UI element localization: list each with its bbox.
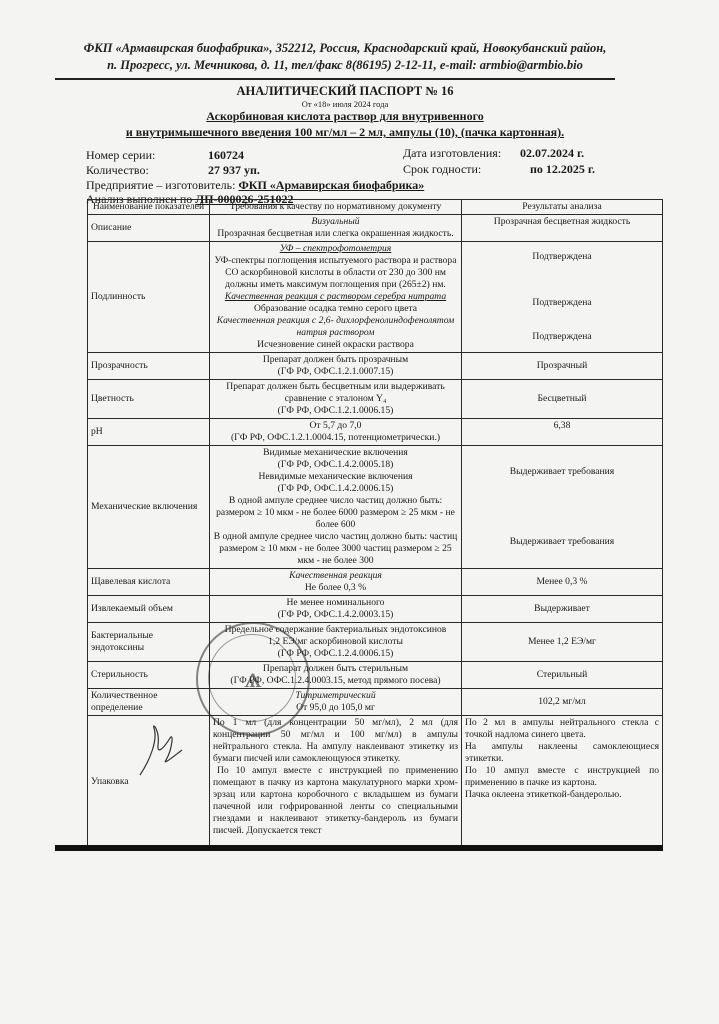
row-result: Выдерживает bbox=[462, 596, 663, 623]
table-row-identity: Подлинность УФ – спектрофотометрия УФ-сп… bbox=[88, 242, 663, 353]
row-name: pH bbox=[88, 419, 210, 446]
product-name: Аскорбиновая кислота раствор для внутрив… bbox=[80, 108, 610, 140]
row-requirement: От 5,7 до 7,0 (ГФ РФ, ОФС.1.2.1.0004.15,… bbox=[210, 419, 462, 446]
table-row-color: Цветность Препарат должен быть бесцветны… bbox=[88, 380, 663, 419]
quantity-label: Количество: bbox=[86, 163, 149, 178]
table-row-mechanical: Механические включения Видимые механичес… bbox=[88, 446, 663, 569]
row-name: Прозрачность bbox=[88, 353, 210, 380]
row-requirement: Видимые механические включения (ГФ РФ, О… bbox=[210, 446, 462, 569]
row-name: Цветность bbox=[88, 380, 210, 419]
header-results: Результаты анализа bbox=[462, 200, 663, 215]
row-name: Стерильность bbox=[88, 662, 210, 689]
table-row-extractable-volume: Извлекаемый объем Не менее номинального … bbox=[88, 596, 663, 623]
series-label: Номер серии: bbox=[86, 148, 155, 163]
row-requirement: Предельное содержание бактериальных эндо… bbox=[210, 623, 462, 662]
row-result: 6,38 bbox=[462, 419, 663, 446]
row-result: Менее 1,2 ЕЭ/мг bbox=[462, 623, 663, 662]
table-row-description: Описание Визуальный Прозрачная бесцветна… bbox=[88, 215, 663, 242]
row-name: Описание bbox=[88, 215, 210, 242]
analysis-table: Наименование показателей Требования к ка… bbox=[87, 199, 663, 849]
table-row-endotoxins: Бактериальные эндотоксины Предельное сод… bbox=[88, 623, 663, 662]
row-name: Упаковка bbox=[88, 716, 210, 849]
table-row-oxalic-acid: Щавелевая кислота Качественная реакция Н… bbox=[88, 569, 663, 596]
row-requirement: По 1 мл (для концентрации 50 мг/мл), 2 м… bbox=[210, 716, 462, 849]
row-result: Менее 0,3 % bbox=[462, 569, 663, 596]
table-row-assay: Количественное определение Титриметричес… bbox=[88, 689, 663, 716]
organization-header: ФКП «Армавирская биофабрика», 352212, Ро… bbox=[80, 40, 610, 74]
page-bottom-bar bbox=[55, 845, 663, 851]
table-row-transparency: Прозрачность Препарат должен быть прозра… bbox=[88, 353, 663, 380]
manufacturer-line: Предприятие – изготовитель: ФКП «Армавир… bbox=[86, 178, 424, 193]
header-divider bbox=[55, 78, 615, 80]
row-result: По 2 мл в ампулы нейтрального стекла с т… bbox=[462, 716, 663, 849]
mfg-date-value: 02.07.2024 г. bbox=[520, 146, 584, 161]
document-title: АНАЛИТИЧЕСКИЙ ПАСПОРТ № 16 bbox=[80, 84, 610, 99]
table-header-row: Наименование показателей Требования к ка… bbox=[88, 200, 663, 215]
org-line-2: п. Прогресс, ул. Мечникова, д. 11, тел/ф… bbox=[80, 57, 610, 74]
product-line-1: Аскорбиновая кислота раствор для внутрив… bbox=[80, 108, 610, 124]
header-requirements: Требования к качеству по нормативному до… bbox=[210, 200, 462, 215]
org-line-1: ФКП «Армавирская биофабрика», 352212, Ро… bbox=[80, 40, 610, 57]
row-name: Количественное определение bbox=[88, 689, 210, 716]
row-requirement: Не менее номинального (ГФ РФ, ОФС.1.4.2.… bbox=[210, 596, 462, 623]
header-indicator: Наименование показателей bbox=[88, 200, 210, 215]
analytical-passport-page: ФКП «Армавирская биофабрика», 352212, Ро… bbox=[0, 0, 719, 1024]
row-requirement: Качественная реакция Не более 0,3 % bbox=[210, 569, 462, 596]
manufacturer-label: Предприятие – изготовитель: bbox=[86, 178, 235, 192]
row-requirement: Титриметрический От 95,0 до 105,0 мг bbox=[210, 689, 462, 716]
table-row-packaging: Упаковка По 1 мл (для концентрации 50 мг… bbox=[88, 716, 663, 849]
row-name: Механические включения bbox=[88, 446, 210, 569]
row-requirement: Препарат должен быть бесцветным или выде… bbox=[210, 380, 462, 419]
row-result: 102,2 мг/мл bbox=[462, 689, 663, 716]
row-requirement: Препарат должен быть прозрачным (ГФ РФ, … bbox=[210, 353, 462, 380]
manufacturer-value: ФКП «Армавирская биофабрика» bbox=[238, 178, 424, 192]
row-result: Бесцветный bbox=[462, 380, 663, 419]
row-result: Прозрачный bbox=[462, 353, 663, 380]
row-name: Подлинность bbox=[88, 242, 210, 353]
expiry-label: Срок годности: bbox=[403, 162, 481, 177]
row-result: Стерильный bbox=[462, 662, 663, 689]
expiry-value: по 12.2025 г. bbox=[530, 162, 595, 177]
row-requirement: Визуальный Прозрачная бесцветная или сле… bbox=[210, 215, 462, 242]
row-requirement: УФ – спектрофотометрия УФ-спектры поглощ… bbox=[210, 242, 462, 353]
row-name: Извлекаемый объем bbox=[88, 596, 210, 623]
row-requirement: Препарат должен быть стерильным (ГФ РФ, … bbox=[210, 662, 462, 689]
row-result: Прозрачная бесцветная жидкость bbox=[462, 215, 663, 242]
product-line-2: и внутримышечного введения 100 мг/мл – 2… bbox=[80, 124, 610, 140]
table-row-ph: pH От 5,7 до 7,0 (ГФ РФ, ОФС.1.2.1.0004.… bbox=[88, 419, 663, 446]
row-name: Бактериальные эндотоксины bbox=[88, 623, 210, 662]
row-name: Щавелевая кислота bbox=[88, 569, 210, 596]
row-result: Выдерживает требования Выдерживает требо… bbox=[462, 446, 663, 569]
table-row-sterility: Стерильность Препарат должен быть стерил… bbox=[88, 662, 663, 689]
series-value: 160724 bbox=[208, 148, 244, 163]
mfg-date-label: Дата изготовления: bbox=[403, 146, 501, 161]
quantity-value: 27 937 уп. bbox=[208, 163, 260, 178]
row-result: Подтверждена Подтверждена Подтверждена bbox=[462, 242, 663, 353]
